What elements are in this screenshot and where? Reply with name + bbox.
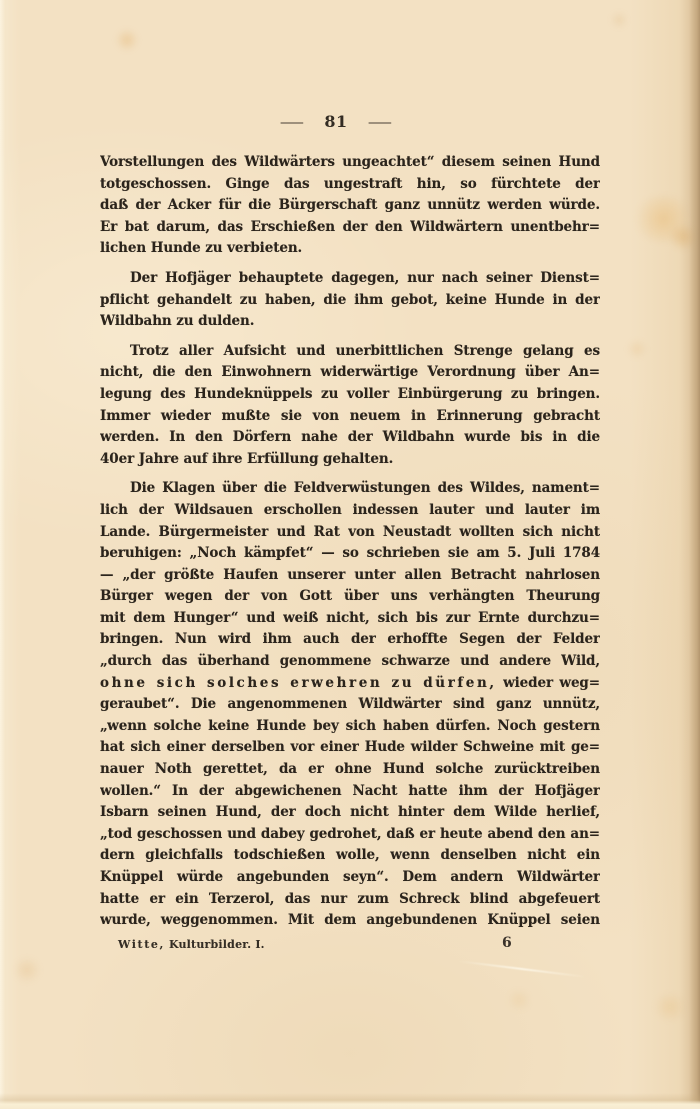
- text-line: wurde, weggenommen. Mit dem angebundenen…: [100, 910, 600, 932]
- text-line: Vorstellungen des Wildwärters ungeachtet…: [100, 152, 600, 174]
- text-line: Knüppel würde angebunden seyn“. Dem ande…: [100, 867, 600, 889]
- text-line: Er bat darum, das Erschießen der den Wil…: [100, 217, 600, 239]
- text-line: „tod geschossen und dabey gedrohet, daß …: [100, 824, 600, 846]
- text-line: nicht, die den Einwohnern widerwärtige V…: [100, 362, 600, 384]
- header-dash-left: —: [279, 112, 305, 131]
- paragraph: Die Klagen über die Feldverwüstungen des…: [100, 478, 600, 931]
- text-line: ohne sich solches erwehren zu dürfen, wi…: [100, 673, 600, 695]
- text-line: mit dem Hunger“ und weiß nicht, sich bis…: [100, 608, 600, 630]
- text-line: Der Hofjäger behauptete dagegen, nur nac…: [100, 268, 600, 290]
- page-number: 81: [324, 112, 347, 131]
- footer-title: Kulturbilder. I.: [165, 938, 265, 951]
- page-edge-right: [689, 0, 700, 1109]
- text-line: werden. In den Dörfern nahe der Wildbahn…: [100, 427, 600, 449]
- text-line: legung des Hundeknüppels zu voller Einbü…: [100, 384, 600, 406]
- text-line: „durch das überhand genommene schwarze u…: [100, 651, 600, 673]
- text-line: lichen Hunde zu verbieten.: [100, 238, 600, 260]
- text-line: pflicht gehandelt zu haben, die ihm gebo…: [100, 290, 600, 312]
- text-line: Immer wieder mußte sie von neuem in Erin…: [100, 406, 600, 428]
- text-line: Die Klagen über die Feldverwüstungen des…: [100, 478, 600, 500]
- text-line: beruhigen: „Noch kämpfet“ — so schrieben…: [100, 543, 600, 565]
- text-line: — „der größte Haufen unserer unter allen…: [100, 565, 600, 587]
- text-block: Vorstellungen des Wildwärters ungeachtet…: [100, 152, 600, 932]
- emphasized-spaced-text: ohne sich solches erwehren zu dürfen,: [100, 675, 497, 691]
- text-line: 40er Jahre auf ihre Erfüllung gehalten.: [100, 449, 600, 471]
- paper-stain: [115, 29, 139, 51]
- paper-stain: [632, 196, 694, 242]
- text-line: geraubet“. Die angenommenen Wildwärter s…: [100, 694, 600, 716]
- text-line: „wenn solche keine Hunde bey sich haben …: [100, 716, 600, 738]
- text-line: bringen. Nun wird ihm auch der erhoffte …: [100, 629, 600, 651]
- paragraph: Vorstellungen des Wildwärters ungeachtet…: [100, 152, 600, 260]
- text-line: wollen.“ In der abgewichenen Nacht hatte…: [100, 781, 600, 803]
- paper-stain: [668, 224, 698, 250]
- footer-author: Witte,: [118, 938, 165, 951]
- page-edge-left: [0, 0, 5, 1109]
- footer-caption: Witte, Kulturbilder. I.: [118, 938, 265, 951]
- paper-crease: [458, 960, 585, 978]
- header-dash-right: —: [367, 112, 393, 131]
- paper-stain: [610, 12, 628, 28]
- text-line: Bürger wegen der von Gott über uns verhä…: [100, 586, 600, 608]
- text-line: daß der Acker für die Bürgerschaft ganz …: [100, 195, 600, 217]
- page-edge-bottom: [0, 1093, 700, 1109]
- paper-stain: [652, 994, 688, 1020]
- text-line: Lande. Bürgermeister und Rat von Neustad…: [100, 522, 600, 544]
- text-line: hat sich einer derselben vor einer Hude …: [100, 737, 600, 759]
- paper-stain: [626, 340, 648, 358]
- text-line: lich der Wildsauen erschollen indessen l…: [100, 500, 600, 522]
- paper-stain: [506, 990, 532, 1010]
- page-header: —81—: [86, 112, 586, 131]
- text-line: Isbarn seinen Hund, der doch nicht hinte…: [100, 802, 600, 824]
- text-line: nauer Noth gerettet, da er ohne Hund sol…: [100, 759, 600, 781]
- book-page: —81— Vorstellungen des Wildwärters ungea…: [0, 0, 700, 1109]
- paper-stain: [12, 958, 42, 982]
- text-line: totgeschossen. Ginge das ungestraft hin,…: [100, 174, 600, 196]
- text-line: Wildbahn zu dulden.: [100, 311, 600, 333]
- text-line: Trotz aller Aufsicht und unerbittlichen …: [100, 341, 600, 363]
- paragraph: Trotz aller Aufsicht und unerbittlichen …: [100, 341, 600, 471]
- signature-mark: 6: [502, 935, 512, 951]
- paragraph: Der Hofjäger behauptete dagegen, nur nac…: [100, 268, 600, 333]
- text-line: hatte er ein Terzerol, das nur zum Schre…: [100, 889, 600, 911]
- text-line: dern gleichfalls todschießen wolle, wenn…: [100, 845, 600, 867]
